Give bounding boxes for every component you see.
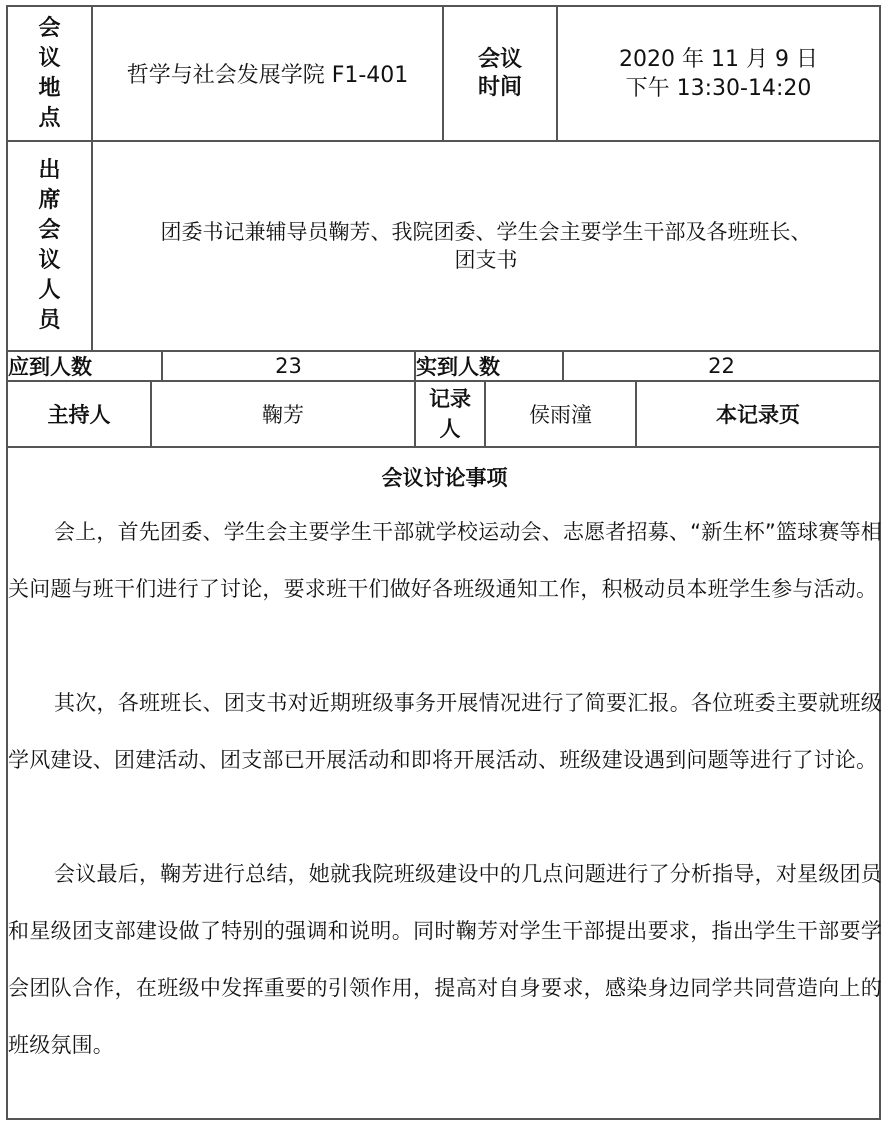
expected-count-value: 23 [163,352,414,380]
attendees-value: 团委书记兼辅导员鞠芳、我院团委、学生会主要学生干部及各班班长、 团支书 [93,142,879,350]
paragraph-text: 会议最后，鞠芳进行总结，她就我院班级建设中的几点问题进行了分析指导，对星级团员和… [8,862,882,1057]
host-label: 主持人 [8,382,150,446]
label-char: 会 [38,216,60,246]
border-row4-bottom [6,446,881,448]
recorder-value: 侯雨潼 [486,382,635,446]
label-char: 会 [38,14,60,44]
label-char: 地 [38,74,60,104]
paragraph-text: 会上，首先团委、学生会主要学生干部就学校运动会、志愿者招募、“新生杯”篮球赛等相… [8,520,882,601]
time-label-line2: 时间 [478,74,522,102]
discussion-paragraph-3: 会议最后，鞠芳进行总结，她就我院班级建设中的几点问题进行了分析指导，对星级团员和… [8,846,882,1074]
host-value: 鞠芳 [152,382,414,446]
attendees-line1: 团委书记兼辅导员鞠芳、我院团委、学生会主要学生干部及各班班长、 [161,218,812,246]
recorder-label: 记录 人 [416,382,484,446]
label-char: 议 [38,44,60,74]
expected-count-label: 应到人数 [8,352,161,380]
border-bottom [6,1118,881,1120]
label-char: 人 [38,276,60,306]
time-value: 2020 年 11 月 9 日 下午 13:30-14:20 [558,7,879,140]
time-label-line1: 会议 [478,46,522,74]
paragraph-text: 其次，各班班长、团支书对近期班级事务开展情况进行了简要汇报。各位班委主要就班级学… [8,691,882,772]
recorder-label-line1: 记录 [429,384,471,414]
time-value-range: 下午 13:30-14:20 [626,74,812,103]
time-label: 会议 时间 [444,7,556,140]
record-page-label: 本记录页 [637,382,879,446]
label-char: 点 [38,104,60,134]
label-char: 员 [38,306,60,336]
actual-count-value: 22 [564,352,879,380]
discussion-title: 会议讨论事项 [8,462,881,492]
attendees-label: 出 席 会 议 人 员 [8,142,91,350]
label-char: 出 [38,156,60,186]
location-label: 会 议 地 点 [8,7,91,140]
recorder-label-line2: 人 [440,414,461,444]
attendees-line2: 团支书 [455,246,518,274]
label-char: 席 [38,186,60,216]
time-value-date: 2020 年 11 月 9 日 [619,45,818,74]
label-char: 议 [38,246,60,276]
actual-count-label: 实到人数 [416,352,562,380]
location-value: 哲学与社会发展学院 F1-401 [93,7,442,140]
discussion-paragraph-1: 会上，首先团委、学生会主要学生干部就学校运动会、志愿者招募、“新生杯”篮球赛等相… [8,504,882,618]
discussion-paragraph-2: 其次，各班班长、团支书对近期班级事务开展情况进行了简要汇报。各位班委主要就班级学… [8,675,882,789]
